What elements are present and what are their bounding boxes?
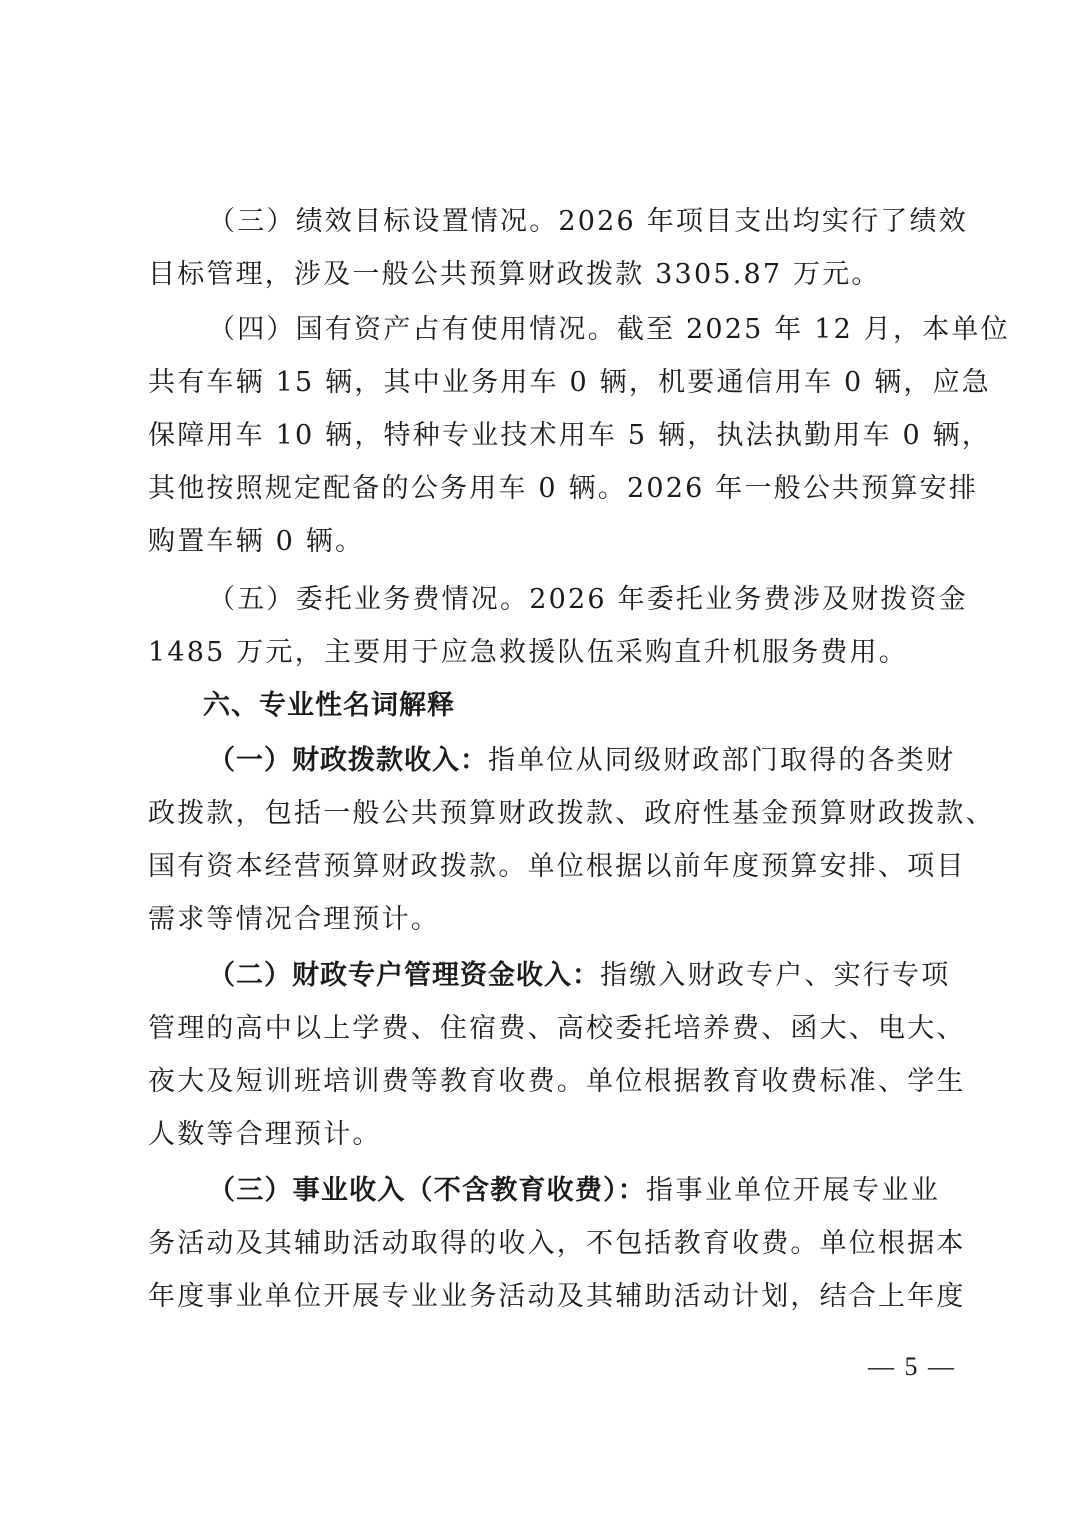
page-number: — 5 —: [868, 1352, 956, 1382]
paragraph-entrusted-lead: （五）委托业务费情况。: [208, 584, 529, 615]
definition-business-income-term: （三）事业收入（不含教育收费）：: [208, 1175, 646, 1206]
definition-special-account-line-2: 管理的高中以上学费、住宿费、高校委托培养费、函大、电大、: [148, 1009, 940, 1049]
definition-fiscal-line-2: 政拨款，包括一般公共预算财政拨款、政府性基金预算财政拨款、: [148, 794, 940, 834]
definition-business-income-line-2: 务活动及其辅助活动取得的收入，不包括教育收费。单位根据本: [148, 1224, 940, 1264]
paragraph-assets-line-5: 购置车辆 0 辆。: [148, 522, 940, 562]
definition-business-income-line-1: （三）事业收入（不含教育收费）：指事业单位开展专业业: [148, 1171, 940, 1211]
definition-business-income-line-3: 年度事业单位开展专业业务活动及其辅助活动计划，结合上年度: [148, 1277, 940, 1317]
paragraph-performance-lead: （三）绩效目标设置情况。: [208, 206, 558, 237]
paragraph-performance-line-1: （三）绩效目标设置情况。2026 年项目支出均实行了绩效: [148, 202, 940, 242]
paragraph-entrusted-line-1: （五）委托业务费情况。2026 年委托业务费涉及财拨资金: [148, 580, 940, 620]
definition-fiscal-line-3: 国有资本经营预算财政拨款。单位根据以前年度预算安排、项目: [148, 847, 940, 887]
definition-special-account-line-4: 人数等合理预计。: [148, 1115, 940, 1155]
paragraph-assets-line-3: 保障用车 10 辆，特种专业技术用车 5 辆，执法执勤用车 0 辆，: [148, 416, 940, 456]
definition-special-account-line-1: （二）财政专户管理资金收入：指缴入财政专户、实行专项: [148, 956, 940, 996]
definition-special-account-line-3: 夜大及短训班培训费等教育收费。单位根据教育收费标准、学生: [148, 1062, 940, 1102]
document-page: （三）绩效目标设置情况。2026 年项目支出均实行了绩效 目标管理，涉及一般公共…: [0, 0, 1074, 1520]
paragraph-entrusted-line-2: 1485 万元，主要用于应急救援队伍采购直升机服务费用。: [148, 633, 940, 673]
definition-fiscal-line-1: （一）财政拨款收入：指单位从同级财政部门取得的各类财: [148, 741, 940, 781]
paragraph-assets-lead: （四）国有资产占有使用情况。: [208, 314, 617, 345]
paragraph-assets-line-2: 共有车辆 15 辆，其中业务用车 0 辆，机要通信用车 0 辆，应急: [148, 363, 940, 403]
section-heading: 六、专业性名词解释: [203, 686, 455, 726]
definition-fiscal-term: （一）财政拨款收入：: [208, 745, 488, 776]
paragraph-assets-line-1: （四）国有资产占有使用情况。截至 2025 年 12 月，本单位: [148, 310, 940, 350]
paragraph-assets-line-4: 其他按照规定配备的公务用车 0 辆。2026 年一般公共预算安排: [148, 469, 940, 509]
definition-fiscal-line-4: 需求等情况合理预计。: [148, 900, 940, 940]
definition-special-account-term: （二）财政专户管理资金收入：: [208, 960, 600, 991]
paragraph-performance-line-2: 目标管理，涉及一般公共预算财政拨款 3305.87 万元。: [148, 255, 940, 295]
